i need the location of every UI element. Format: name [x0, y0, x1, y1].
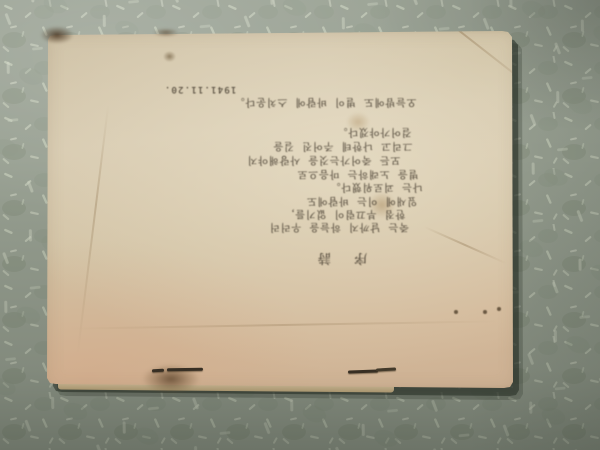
staple-right	[348, 369, 378, 373]
date-line: 1941.11.20.	[163, 83, 237, 95]
photo-stage: 1941.11.20. 오늘밤에도 별이 바람에 스치운다。 걸어가야겠다。 그…	[0, 0, 600, 450]
ink-speck	[454, 310, 458, 314]
ink-speck	[497, 307, 501, 311]
poem-line-1: 죽는 날까지 하늘을 우러러	[238, 222, 440, 235]
staple-right	[376, 367, 396, 371]
paper-markings-layer: 1941.11.20. 오늘밤에도 별이 바람에 스치운다。 걸어가야겠다。 그…	[0, 0, 600, 450]
small-stain	[163, 51, 176, 62]
edge-stain	[153, 28, 179, 37]
poem-line-7: 그리고 나한테 주어진 길을	[278, 141, 407, 154]
poem-line-closing: 오늘밤에도 별이 바람에 스치운다。	[238, 97, 412, 110]
poem-line-4: 나는 괴로워했다。	[327, 182, 425, 195]
ink-speck	[483, 310, 487, 314]
poem-line-8: 걸어가야겠다。	[348, 127, 400, 140]
staple-left	[167, 368, 203, 372]
corner-stain	[40, 26, 74, 44]
poem-line-6: 모든 죽어가는것을 사랑해야지	[235, 155, 412, 168]
staple-left	[152, 369, 164, 373]
poem-title: 序 詩	[313, 251, 371, 269]
